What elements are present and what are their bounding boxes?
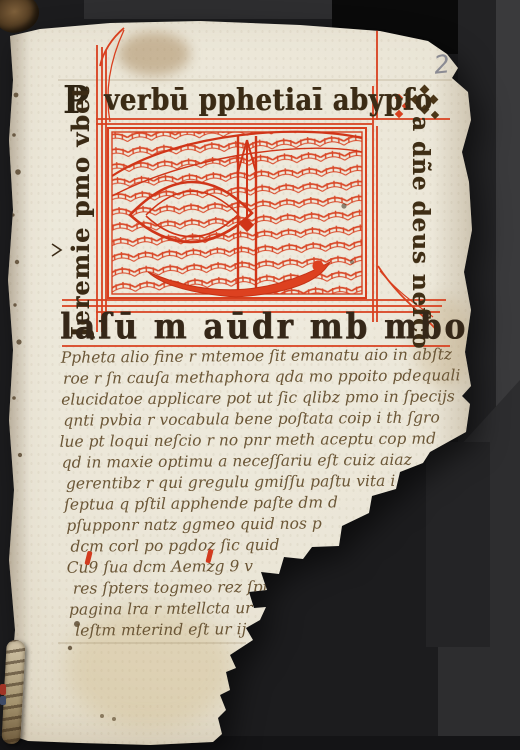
right-vertical-text: a dñe deus neſco xyxy=(402,116,434,330)
left-margin-mark xyxy=(52,244,61,256)
display-line-text: laſū m aūdr mb mbos xyxy=(60,306,488,348)
spine-red-mark xyxy=(0,684,6,695)
text-line: dcm corl po pgdoz ſic quid xyxy=(70,533,464,557)
text-line: Cu9 ſua dcm Aemzg 9 v xyxy=(67,554,465,578)
text-line: pagina lra r mtellcta ur xyxy=(69,596,465,620)
text-line: leſtm mterind eſt ur ij xyxy=(75,617,465,641)
text-line: pſupponr natz ggmeo quid nos p xyxy=(66,512,464,536)
spine-blue-mark xyxy=(0,696,6,705)
parchment-leaf: P verbū pphetiaī abypſo ⁘ Jeremie pmo vb… xyxy=(0,0,520,750)
main-text-block: Ppheta alio fine r mtemoe ſit emanatu ai… xyxy=(61,344,466,641)
left-vertical-text: Jeremie pmo vbet xyxy=(66,96,98,338)
text-line: res ſpters togmeo rez ſpit xyxy=(73,575,465,599)
folio-number: 2 xyxy=(433,49,452,80)
headline-text: verbū pphetiaī abypſo xyxy=(104,84,432,118)
manuscript-photo: P verbū pphetiaī abypſo ⁘ Jeremie pmo vb… xyxy=(0,0,520,750)
paraph-symbol: ⁘ xyxy=(396,86,416,114)
text-line: gerentibz r qui gregulu gmiſſu paſtu vit… xyxy=(66,470,464,494)
text-line: ſeptua q pſtil apphende paſte dm d xyxy=(64,491,464,515)
leaf-wrapper: P verbū pphetiaī abypſo ⁘ Jeremie pmo vb… xyxy=(0,0,520,750)
stain-near-tear xyxy=(292,612,380,678)
penwork-panel xyxy=(108,128,366,298)
